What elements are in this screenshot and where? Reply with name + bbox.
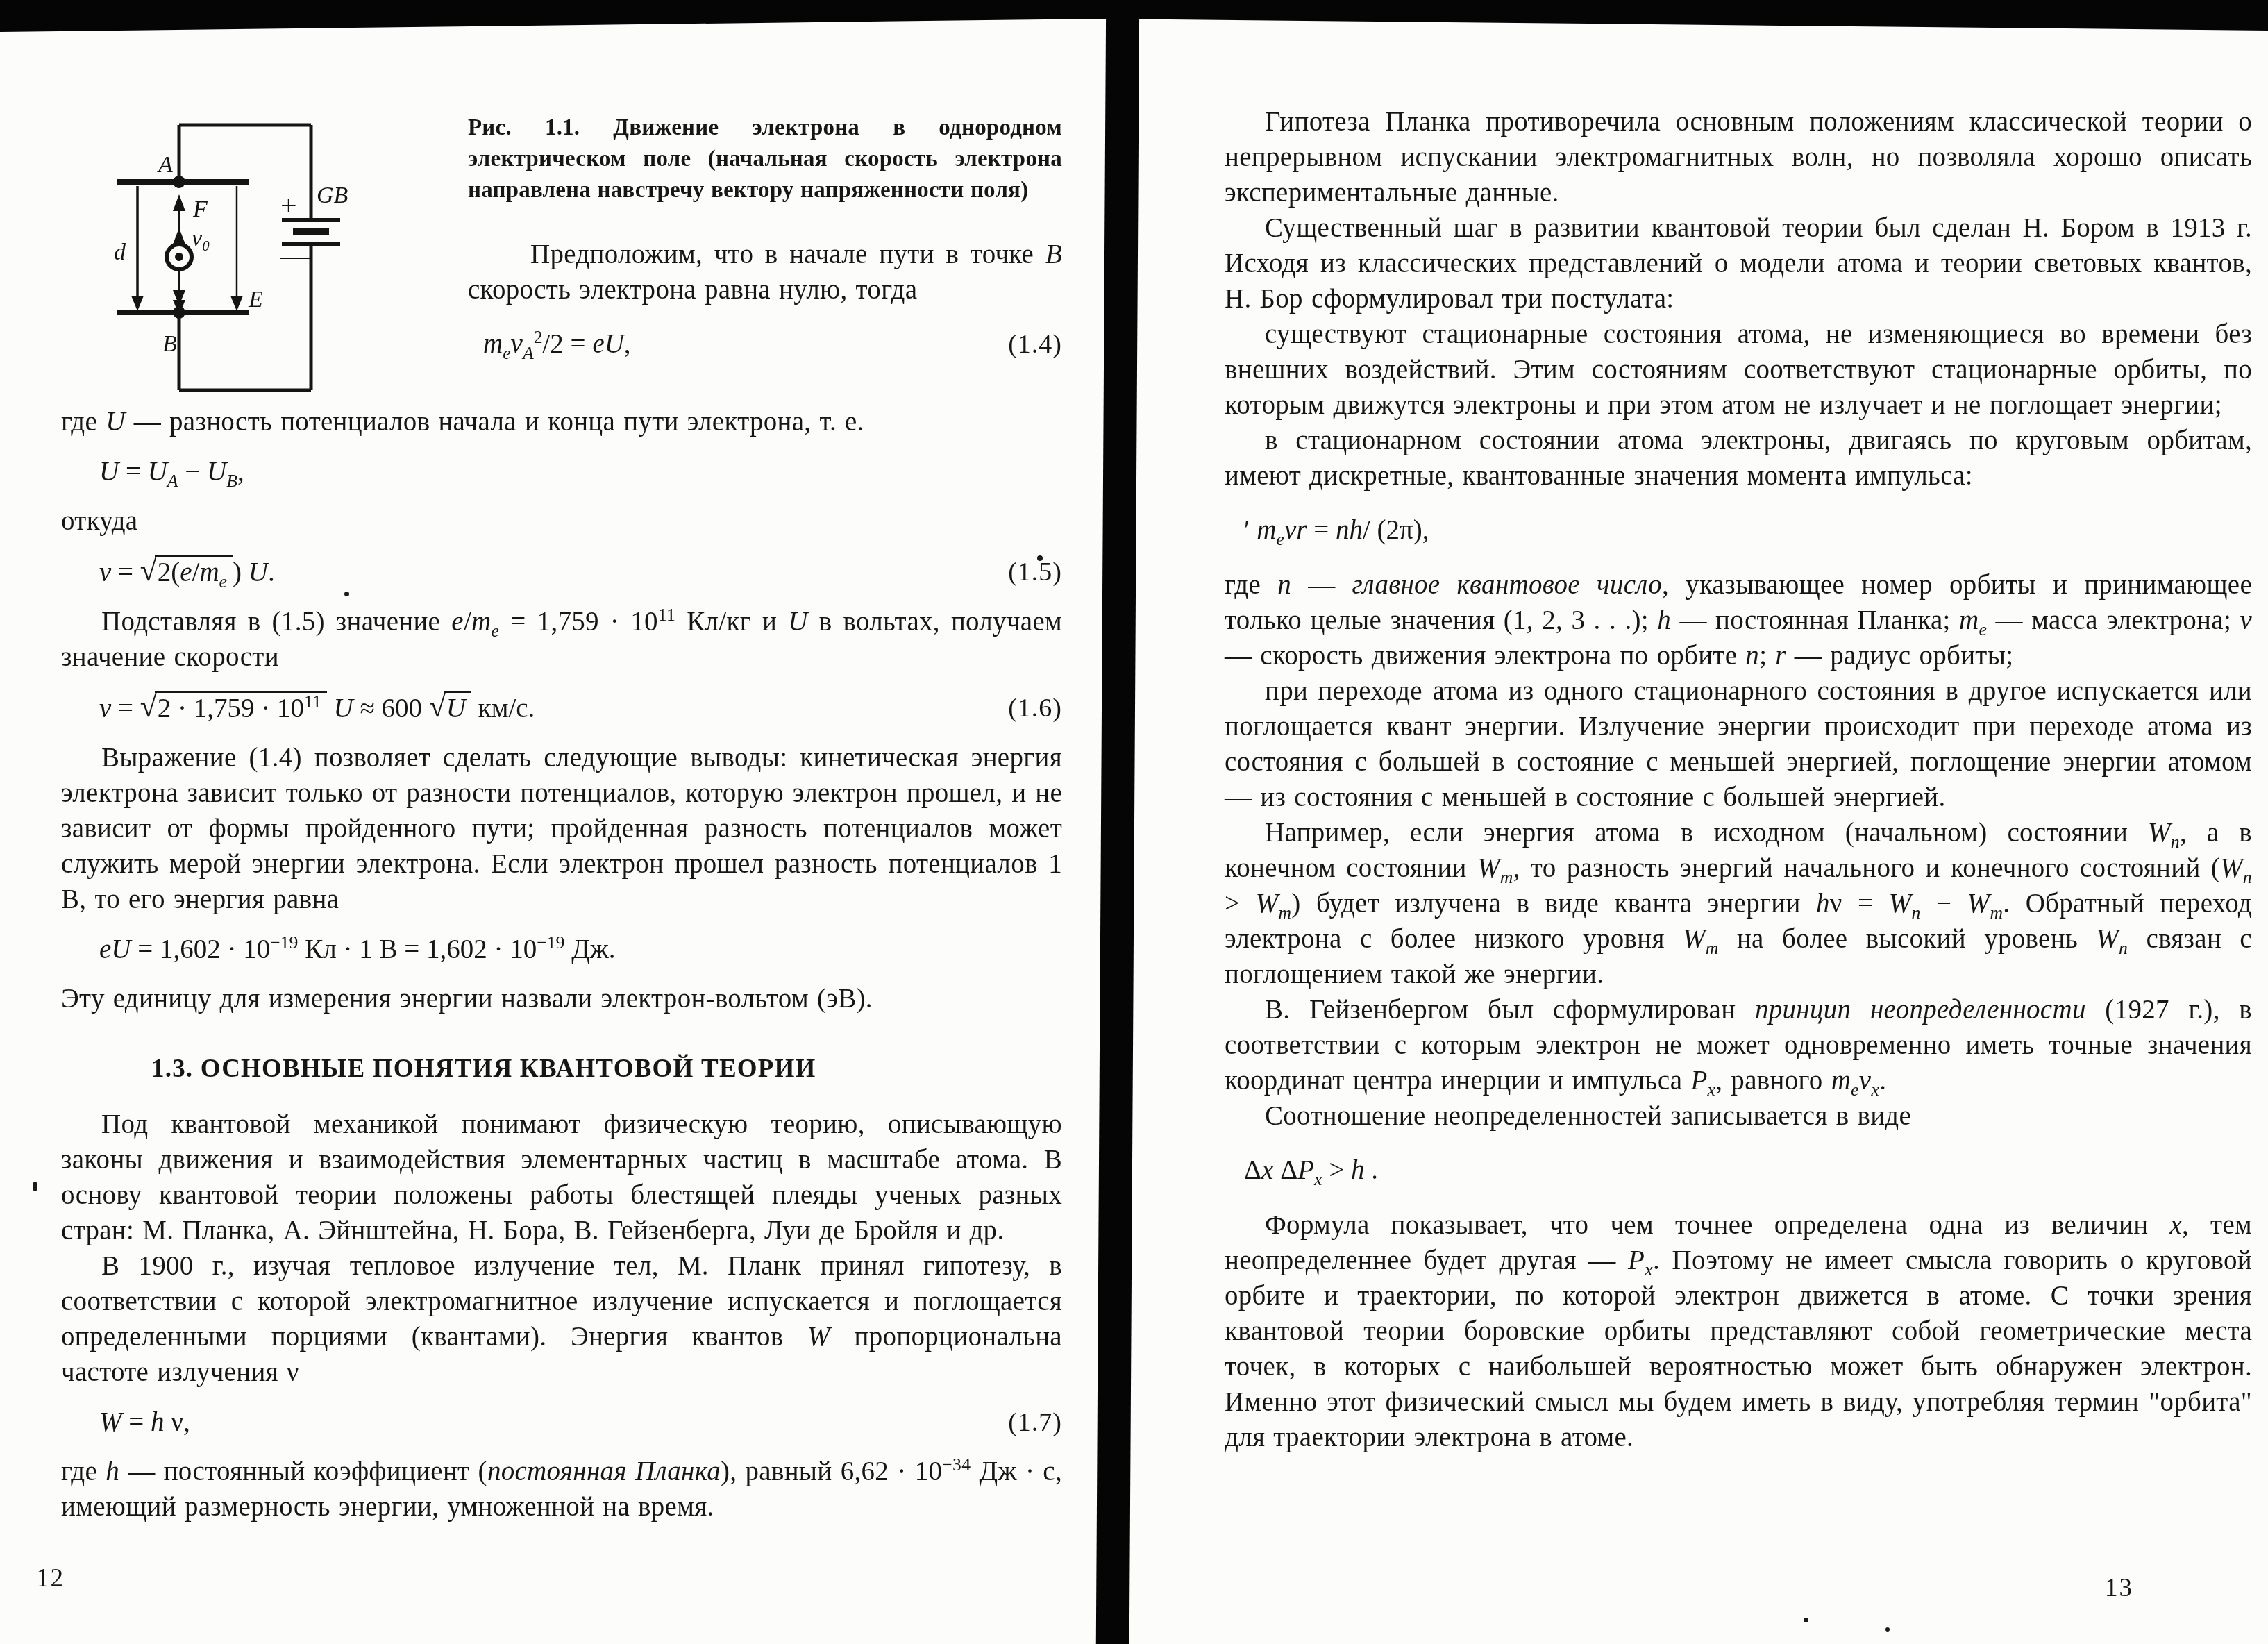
equation-body: v = √2(e/me) U. (99, 553, 275, 592)
section-heading: 1.3. ОСНОВНЫЕ ПОНЯТИЯ КВАНТОВОЙ ТЕОРИИ (151, 1052, 1062, 1086)
equation-body: Δx ΔPx > h . (1244, 1152, 1378, 1189)
equation-1-4: mevA2/2 = eU, (1.4) (468, 326, 1062, 363)
left-page-paragraph-2: откуда (61, 503, 1062, 539)
equation-number: (1.7) (1008, 1404, 1062, 1441)
sqrt-radical: √U (429, 694, 471, 723)
arrowhead-F (173, 194, 185, 211)
scan-top-bar-right (1120, 0, 2268, 31)
left-page-equation-1: U = UA − UB, (61, 453, 1062, 491)
equation-number: (1.5) (1008, 553, 1062, 591)
label-v0: v₀ (192, 226, 210, 251)
label-E: E (248, 287, 263, 312)
left-page: A B F v₀ d E + — GB Рис. 1.1. Движение э… (61, 61, 1062, 1525)
left-page-paragraph-6: Выражение (1.4) позволяет сделать следую… (61, 740, 1062, 917)
right-page-paragraph-2: существуют стационарные состояния атома,… (1225, 317, 2252, 423)
scan-speck (1804, 1618, 1808, 1622)
right-page-content: Гипотеза Планка противоречила основным п… (1225, 104, 2252, 1455)
label-d: d (114, 240, 126, 265)
left-page-paragraph-8: Эту единицу для измерения энергии назвал… (61, 981, 1062, 1016)
equation-number: (1.6) (1008, 689, 1062, 727)
equation-number: (1.4) (1008, 326, 1062, 363)
equation-body: v = √2 · 1,759 · 1011 U ≈ 600 √U км/с. (99, 689, 535, 728)
d-arrowhead (131, 296, 144, 311)
distance-dimension (131, 186, 144, 311)
electron-symbol (167, 244, 192, 269)
figure-caption: Рис. 1.1. Движение электрона в однородно… (468, 112, 1062, 206)
right-page-equation-10: Δx ΔPx > h . (1225, 1152, 2252, 1189)
left-page-paragraph-13: где h — постоянный коэффициент (постоянн… (61, 1454, 1062, 1525)
left-page-equation-7: eU = 1,602 · 10−19 Кл · 1 В = 1,602 · 10… (61, 931, 1062, 968)
sqrt-radical: √2(e/me (140, 557, 233, 587)
right-page-paragraph-3: в стационарном состоянии атома электроны… (1225, 423, 2252, 494)
page-number-left: 12 (36, 1563, 65, 1593)
figure-caption-column: Рис. 1.1. Движение электрона в однородно… (468, 61, 1062, 376)
figure-1-1-circuit-diagram: A B F v₀ d E + — GB (61, 71, 450, 397)
right-page-paragraph-7: Например, если энергия атома в исходном … (1225, 815, 2252, 992)
node-A-dot (173, 176, 185, 188)
scan-speck (33, 1182, 37, 1191)
equation-body: U = UA − UB, (99, 453, 244, 491)
scan-top-bar-left (0, 0, 1126, 32)
right-page-paragraph-6: при переходе атома из одного стационарно… (1225, 673, 2252, 815)
left-page-content: где U — разность потенциалов начала и ко… (61, 404, 1062, 1525)
right-page-paragraph-1: Существенный шаг в развитии квантовой те… (1225, 210, 2252, 317)
scan-speck (1885, 1627, 1890, 1632)
label-minus: — (280, 240, 310, 272)
force-velocity-arrows (173, 194, 185, 244)
book-scan: A B F v₀ d E + — GB Рис. 1.1. Движение э… (0, 0, 2268, 1644)
right-page: Гипотеза Планка противоречила основным п… (1225, 104, 2252, 1455)
page-number-right: 13 (2105, 1573, 2133, 1603)
electron-dot (175, 253, 183, 261)
field-E-arrow (230, 186, 243, 311)
intro-paragraph: Предположим, что в начале пути в точке B… (468, 237, 1062, 308)
left-page-paragraph-10: Под квантовой механикой понимают физичес… (61, 1107, 1062, 1248)
label-A: A (157, 152, 173, 178)
left-page-paragraph-11: В 1900 г., изучая тепловое излучение тел… (61, 1248, 1062, 1390)
book-gutter-shadow (1096, 0, 1139, 1644)
label-F: F (192, 196, 208, 222)
left-page-equation-5: v = √2 · 1,759 · 1011 U ≈ 600 √U км/с.(1… (61, 689, 1062, 728)
label-battery-GB: GB (317, 183, 348, 208)
label-B: B (162, 331, 177, 357)
E-arrowhead (230, 296, 243, 311)
equation-body: W = h ν, (99, 1404, 190, 1441)
left-page-paragraph-0: где U — разность потенциалов начала и ко… (61, 404, 1062, 439)
right-page-paragraph-0: Гипотеза Планка противоречила основным п… (1225, 104, 2252, 210)
figure-row: A B F v₀ d E + — GB Рис. 1.1. Движение э… (61, 61, 1062, 397)
left-page-paragraph-4: Подставляя в (1.5) значение e/me = 1,759… (61, 604, 1062, 675)
right-page-paragraph-9: Соотношение неопределенностей записывает… (1225, 1098, 2252, 1134)
equation-body: mevA2/2 = eU, (483, 326, 631, 363)
right-page-paragraph-8: В. Гейзенбергом был сформулирован принци… (1225, 992, 2252, 1098)
arrowhead-v0 (173, 228, 185, 244)
equation-body: eU = 1,602 · 10−19 Кл · 1 В = 1,602 · 10… (99, 931, 616, 968)
equation-body: ′ mevr = nh/ (2π), (1244, 512, 1429, 549)
right-page-equation-4: ′ mevr = nh/ (2π), (1225, 512, 2252, 549)
sqrt-radical: √2 · 1,759 · 1011 (140, 694, 327, 723)
left-page-equation-12: W = h ν,(1.7) (61, 1404, 1062, 1441)
left-page-equation-3: v = √2(e/me) U.(1.5) (61, 553, 1062, 592)
right-page-paragraph-11: Формула показывает, что чем точнее опред… (1225, 1207, 2252, 1455)
right-page-paragraph-5: где n — главное квантовое число, указыва… (1225, 567, 2252, 673)
label-plus: + (280, 190, 297, 222)
